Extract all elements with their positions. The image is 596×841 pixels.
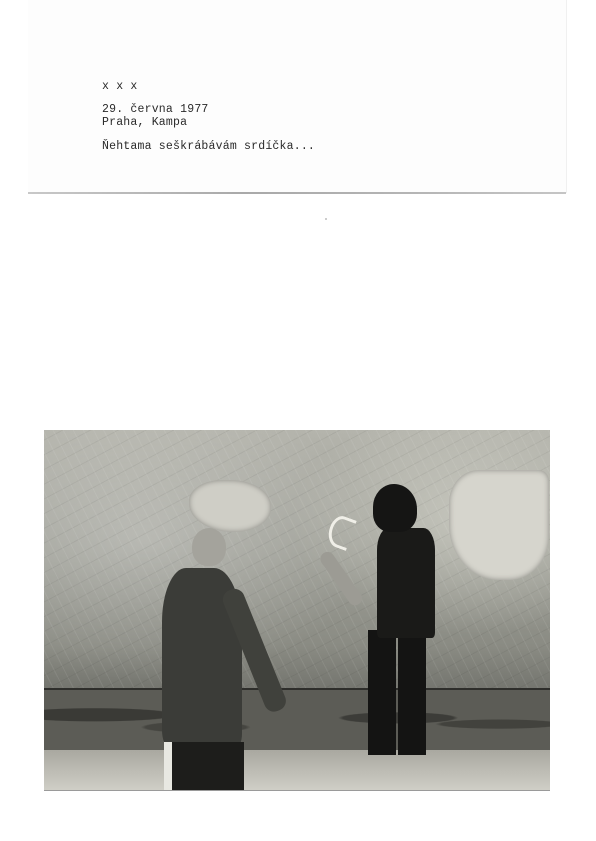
caption-line: Ňehtama seškrábávám srdíčka... (102, 140, 315, 153)
older-man-head (192, 528, 226, 566)
stone-wall-base (44, 688, 550, 752)
young-man-leg (368, 630, 396, 755)
typed-paper-sheet (28, 0, 567, 193)
paper-edge-line (28, 192, 566, 194)
older-man-shirt (164, 742, 172, 790)
scan-speck (325, 218, 327, 220)
plaster-patch (449, 470, 549, 580)
pavement (44, 750, 550, 790)
older-man-trousers (166, 742, 244, 790)
date-line: 29. června 1977 (102, 103, 209, 116)
place-line: Praha, Kampa (102, 116, 187, 129)
young-man-head (373, 484, 417, 532)
young-man-torso (377, 528, 435, 638)
photograph (44, 430, 550, 790)
section-marks: x x x (102, 80, 138, 93)
young-man-leg (398, 630, 426, 755)
